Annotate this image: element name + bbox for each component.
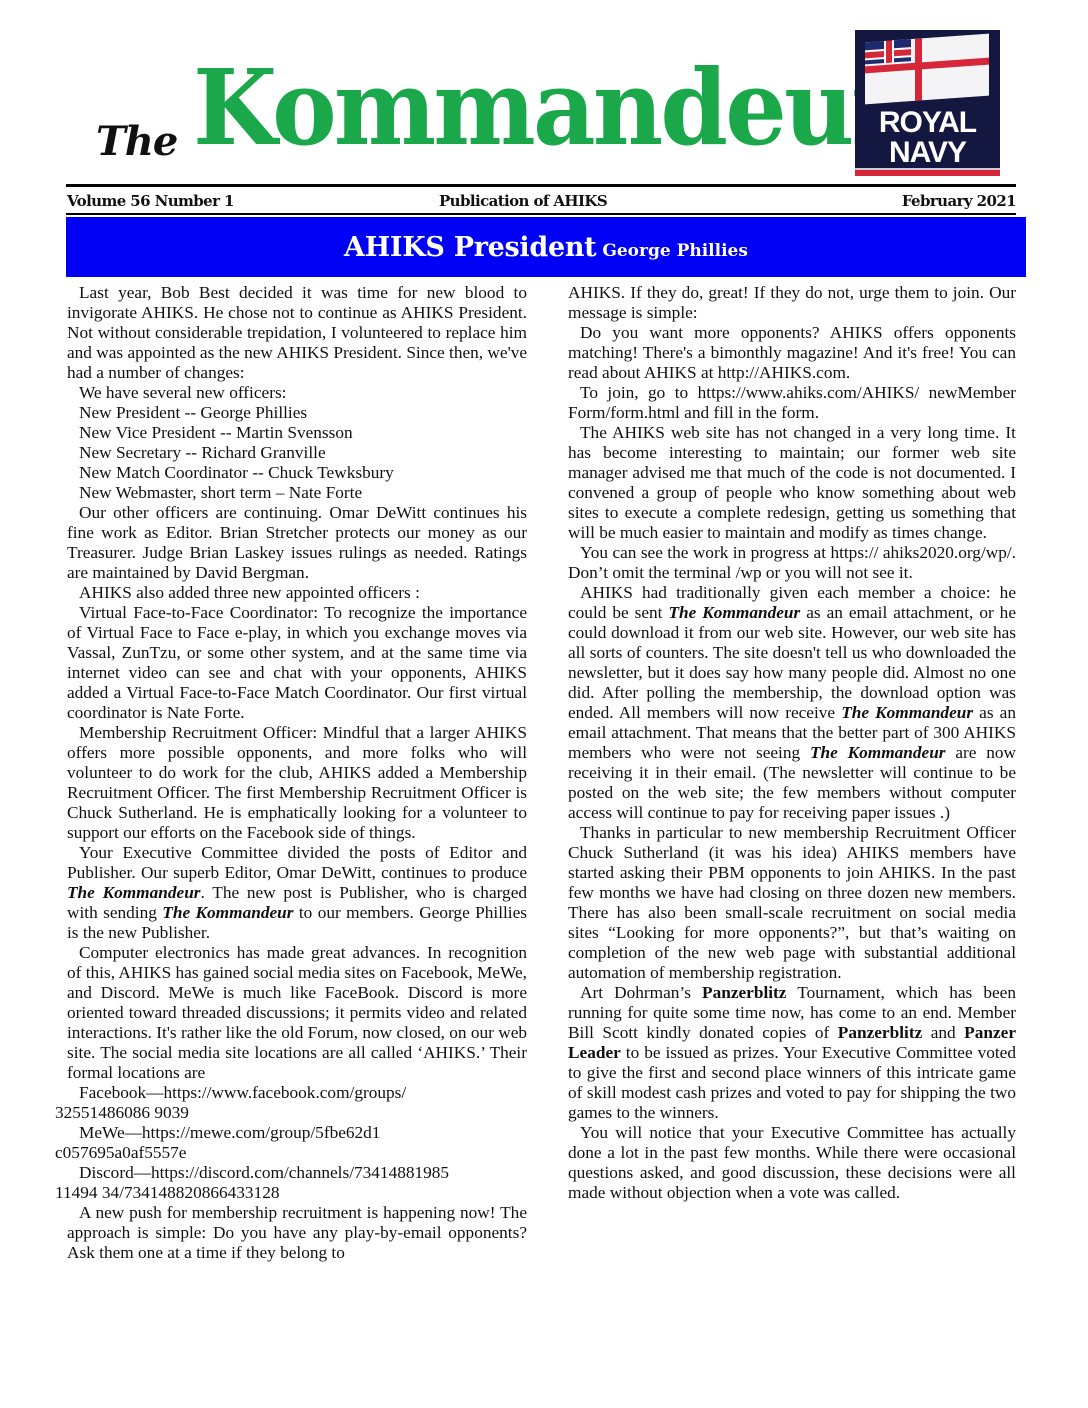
issue-info-bar: Volume 56 Number 1 Publication of AHIKS … [67,192,1016,212]
paragraph-message: Do you want more opponents? AHIKS offers… [568,323,1016,383]
logo-red-stripe [855,170,1000,176]
union-jack-icon [865,39,911,64]
top-rule [66,184,1016,187]
masthead-title: Kommandeur [193,56,900,160]
officer-list-item: New President -- George Phillies [67,403,527,423]
paragraph-continued: AHIKS. If they do, great! If they do not… [568,283,1016,323]
volume-number: Volume 56 Number 1 [67,192,234,210]
paragraph: Our other officers are continuing. Omar … [67,503,527,583]
paragraph-editor-publisher: Your Executive Committee divided the pos… [67,843,527,943]
facebook-link[interactable]: Facebook—https://www.facebook.com/groups… [67,1083,527,1123]
paragraph-work-in-progress[interactable]: You can see the work in progress at http… [568,543,1016,583]
masthead-the: The [96,118,177,165]
discord-link[interactable]: Discord—https://discord.com/channels/734… [67,1163,527,1203]
officer-list-item: New Match Coordinator -- Chuck Tewksbury [67,463,527,483]
issue-date: February 2021 [902,192,1016,210]
paragraph-social-media: Computer electronics has made great adva… [67,943,527,1083]
publication-label: Publication of AHIKS [439,192,607,210]
paragraph-web-site: The AHIKS web site has not changed in a … [568,423,1016,543]
article-column-right: AHIKS. If they do, great! If they do not… [568,283,1016,1203]
article-title: AHIKS President [344,232,596,263]
paragraph: Membership Recruitment Officer: Mindful … [67,723,527,843]
officer-list-item: New Vice President -- Martin Svensson [67,423,527,443]
article-author: George Phillies [602,241,748,261]
paragraph-delivery-choice: AHIKS had traditionally given each membe… [568,583,1016,823]
bottom-rule [66,213,1016,215]
officer-list-item: New Secretary -- Richard Granville [67,443,527,463]
paragraph: We have several new officers: [67,383,527,403]
paragraph-thanks: Thanks in particular to new membership R… [568,823,1016,983]
paragraph-panzerblitz: Art Dohrman’s Panzerblitz Tournament, wh… [568,983,1016,1123]
paragraph-recruitment-push: A new push for membership recruitment is… [67,1203,527,1263]
paragraph-closing: You will notice that your Executive Comm… [568,1123,1016,1203]
royal-navy-logo: ROYAL NAVY [855,30,1000,176]
paragraph: Last year, Bob Best decided it was time … [67,283,527,383]
logo-line-navy: NAVY [855,138,1000,168]
article-banner: AHIKS PresidentGeorge Phillies [66,217,1026,277]
article-column-left: Last year, Bob Best decided it was time … [67,283,527,1263]
logo-line-royal: ROYAL [855,108,1000,138]
white-ensign-flag-icon [865,34,989,105]
paragraph: AHIKS also added three new appointed off… [67,583,527,603]
officer-list-item: New Webmaster, short term – Nate Forte [67,483,527,503]
paragraph: Virtual Face-to-Face Coordinator: To rec… [67,603,527,723]
paragraph-join-link[interactable]: To join, go to https://www.ahiks.com/AHI… [568,383,1016,423]
mewe-link[interactable]: MeWe—https://mewe.com/group/5fbe62d1c057… [67,1123,527,1163]
